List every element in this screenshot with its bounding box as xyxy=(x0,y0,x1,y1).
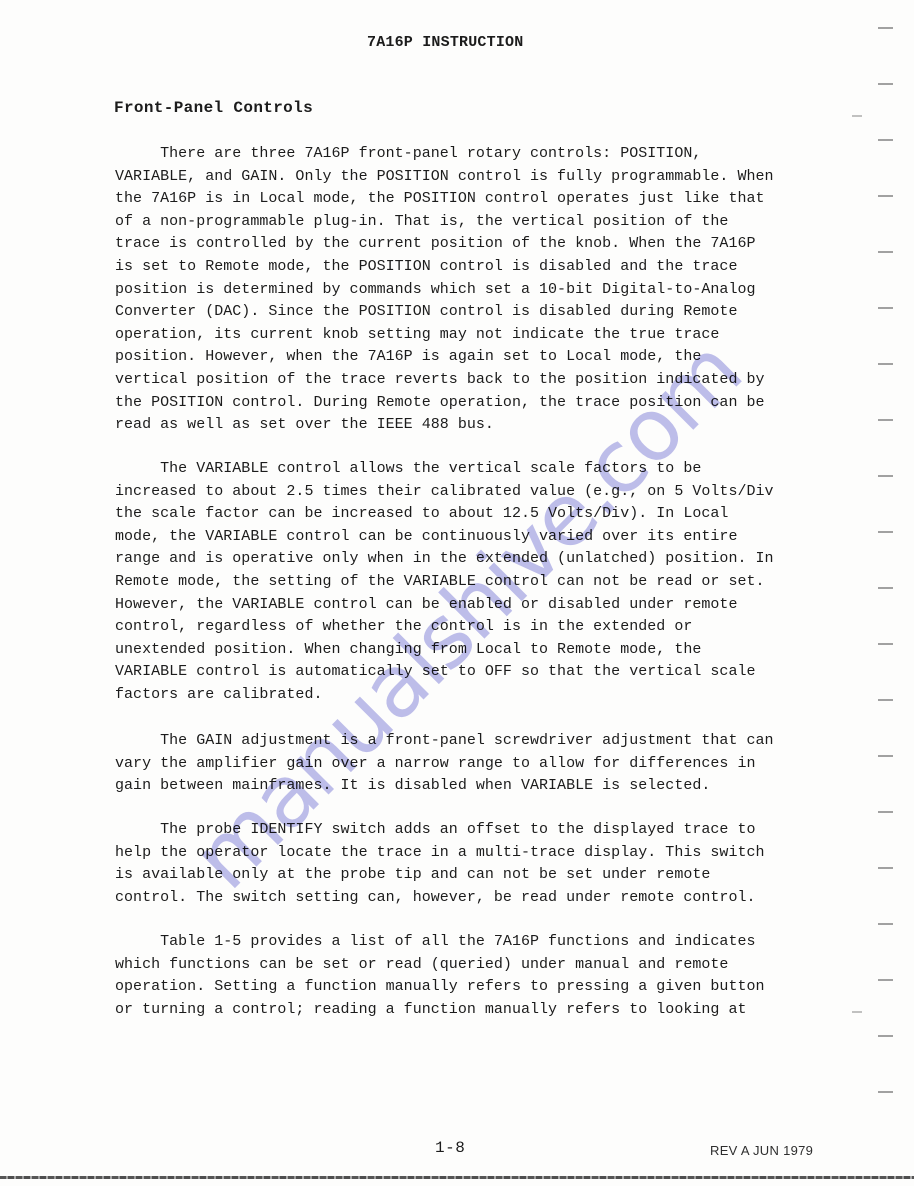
scan-edge-tick-marks xyxy=(878,27,893,1123)
scanned-manual-page: 7A16P INSTRUCTION Front-Panel Controls T… xyxy=(0,0,914,1186)
paragraph-position-control: There are three 7A16P front-panel rotary… xyxy=(115,143,774,437)
paragraph-table-1-5: Table 1-5 provides a list of all the 7A1… xyxy=(115,931,765,1021)
paragraph-variable-control: The VARIABLE control allows the vertical… xyxy=(115,458,774,707)
paragraph-gain-adjustment: The GAIN adjustment is a front-panel scr… xyxy=(115,730,774,798)
section-heading: Front-Panel Controls xyxy=(114,99,313,117)
footer-revision-label: REV A JUN 1979 xyxy=(710,1143,813,1158)
bottom-scan-edge-line xyxy=(0,1176,914,1179)
footer-page-number: 1-8 xyxy=(435,1139,465,1157)
scan-artifact-mark xyxy=(852,115,862,117)
scan-artifact-mark xyxy=(852,1011,862,1013)
paragraph-probe-identify: The probe IDENTIFY switch adds an offset… xyxy=(115,819,765,909)
page-header-title: 7A16P INSTRUCTION xyxy=(367,34,523,51)
